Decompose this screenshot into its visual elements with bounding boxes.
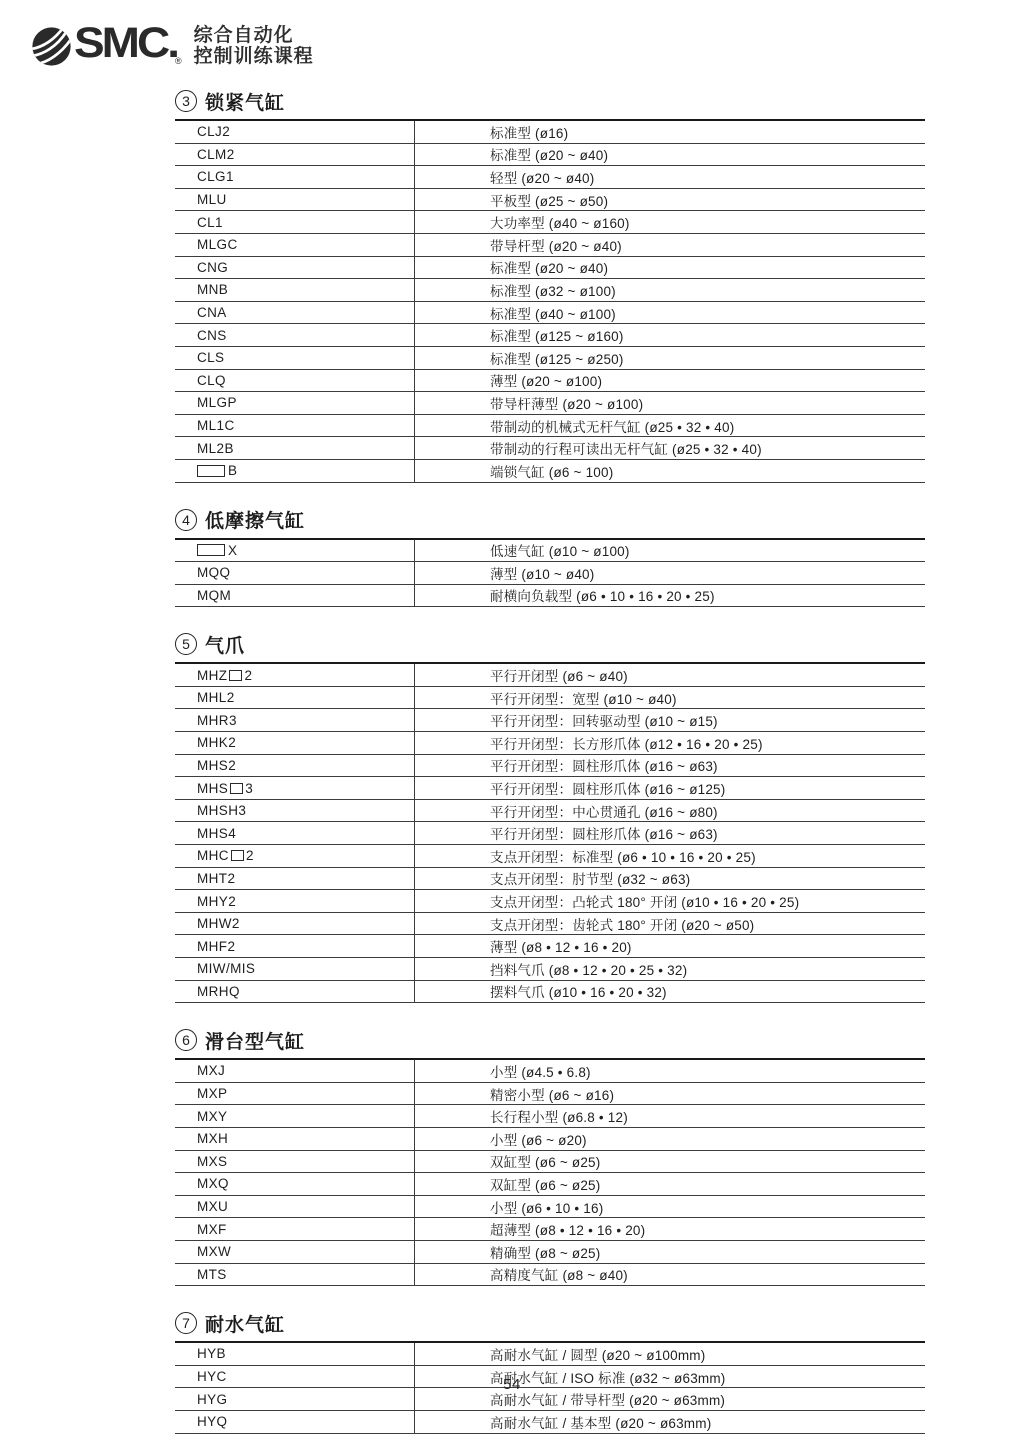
model-code-cell: MHC2 [175, 845, 415, 867]
model-table: X 低速气缸 (ø10 ~ ø100) MQQ 薄型 (ø10 ~ ø40) M… [175, 538, 925, 608]
model-description-cell: 平行开闭型 (ø6 ~ ø40) [415, 664, 925, 686]
table-row: ML1C 带制动的机械式无杆气缸 (ø25 • 32 • 40) [175, 415, 925, 438]
model-code-cell: MQQ [175, 562, 415, 584]
model-description-cell: 平板型 (ø25 ~ ø50) [415, 189, 925, 211]
catalog-section: 7 耐水气缸 HYB 高耐水气缸 / 圆型 (ø20 ~ ø100mm) HYC… [175, 1310, 925, 1433]
model-description-cell: 支点开闭型：凸轮式 180° 开闭 (ø10 • 16 • 20 • 25) [415, 890, 925, 912]
table-row: HYB 高耐水气缸 / 圆型 (ø20 ~ ø100mm) [175, 1343, 925, 1366]
section-title: 滑台型气缸 [205, 1027, 305, 1054]
model-code-cell: MHR3 [175, 709, 415, 731]
table-row: MXJ 小型 (ø4.5 • 6.8) [175, 1060, 925, 1083]
model-code-cell: MHT2 [175, 868, 415, 890]
model-code-cell: MXY [175, 1105, 415, 1127]
blank-model-box [197, 465, 225, 477]
model-description-cell: 带制动的机械式无杆气缸 (ø25 • 32 • 40) [415, 415, 925, 437]
table-row: MLU 平板型 (ø25 ~ ø50) [175, 189, 925, 212]
section-title: 气爪 [205, 631, 245, 658]
model-description-cell: 平行开闭型：圆柱形爪体 (ø16 ~ ø125) [415, 777, 925, 799]
table-row: MHL2 平行开闭型：宽型 (ø10 ~ ø40) [175, 687, 925, 710]
model-description-cell: 小型 (ø6 ~ ø20) [415, 1128, 925, 1150]
table-row: MQQ 薄型 (ø10 ~ ø40) [175, 562, 925, 585]
catalog-sections: 3 锁紧气缸 CLJ2 标准型 (ø16) CLM2 标准型 (ø20 ~ ø4… [175, 0, 925, 1434]
model-code-cell: MLGP [175, 392, 415, 414]
model-code-cell: MXU [175, 1196, 415, 1218]
table-row: CLJ2 标准型 (ø16) [175, 121, 925, 144]
model-description-cell: 标准型 (ø125 ~ ø160) [415, 324, 925, 346]
model-description-cell: 双缸型 (ø6 ~ ø25) [415, 1173, 925, 1195]
model-code-cell: MHS2 [175, 755, 415, 777]
catalog-section: 5 气爪 MHZ2 平行开闭型 (ø6 ~ ø40) MHL2 平行开闭型：宽型… [175, 631, 925, 1003]
smc-globe-icon [31, 26, 72, 67]
table-row: CNA 标准型 (ø40 ~ ø100) [175, 302, 925, 325]
table-row: MXW 精确型 (ø8 ~ ø25) [175, 1241, 925, 1264]
model-description-cell: 高耐水气缸 / 圆型 (ø20 ~ ø100mm) [415, 1343, 925, 1365]
table-row: MHC2 支点开闭型：标准型 (ø6 • 10 • 16 • 20 • 25) [175, 845, 925, 868]
model-code-cell: MHZ2 [175, 664, 415, 686]
model-description-cell: 标准型 (ø125 ~ ø250) [415, 347, 925, 369]
model-description-cell: 标准型 (ø20 ~ ø40) [415, 144, 925, 166]
model-description-cell: 支点开闭型：标准型 (ø6 • 10 • 16 • 20 • 25) [415, 845, 925, 867]
table-row: MXF 超薄型 (ø8 • 12 • 16 • 20) [175, 1218, 925, 1241]
table-row: MXQ 双缸型 (ø6 ~ ø25) [175, 1173, 925, 1196]
model-code-cell: MHL2 [175, 687, 415, 709]
model-description-cell: 平行开闭型：中心贯通孔 (ø16 ~ ø80) [415, 800, 925, 822]
section-number-icon: 6 [175, 1029, 197, 1051]
section-header: 3 锁紧气缸 [175, 88, 925, 114]
table-row: MHY2 支点开闭型：凸轮式 180° 开闭 (ø10 • 16 • 20 • … [175, 890, 925, 913]
table-row: CNS 标准型 (ø125 ~ ø160) [175, 324, 925, 347]
model-description-cell: 薄型 (ø8 • 12 • 16 • 20) [415, 935, 925, 957]
model-code-cell: MHS4 [175, 822, 415, 844]
table-row: HYQ 高耐水气缸 / 基本型 (ø20 ~ ø63mm) [175, 1411, 925, 1434]
model-code-cell: MXW [175, 1241, 415, 1263]
table-row: MLGP 带导杆薄型 (ø20 ~ ø100) [175, 392, 925, 415]
model-code-cell: MLU [175, 189, 415, 211]
model-code-cell: MIW/MIS [175, 958, 415, 980]
section-title: 锁紧气缸 [205, 88, 285, 115]
model-description-cell: 高精度气缸 (ø8 ~ ø40) [415, 1264, 925, 1286]
model-description-cell: 平行开闭型：长方形爪体 (ø12 • 16 • 20 • 25) [415, 732, 925, 754]
model-code-cell: MLGC [175, 234, 415, 256]
model-description-cell: 轻型 (ø20 ~ ø40) [415, 166, 925, 188]
model-description-cell: 带导杆薄型 (ø20 ~ ø100) [415, 392, 925, 414]
model-description-cell: 支点开闭型：齿轮式 180° 开闭 (ø20 ~ ø50) [415, 913, 925, 935]
blank-model-box [230, 783, 243, 794]
blank-model-box [231, 850, 244, 861]
table-row: MHSH3 平行开闭型：中心贯通孔 (ø16 ~ ø80) [175, 800, 925, 823]
model-description-cell: 端锁气缸 (ø6 ~ 100) [415, 460, 925, 482]
model-description-cell: 标准型 (ø20 ~ ø40) [415, 257, 925, 279]
section-header: 4 低摩擦气缸 [175, 507, 925, 533]
model-code-cell: X [175, 540, 415, 562]
model-code-cell: CL1 [175, 211, 415, 233]
section-title: 低摩擦气缸 [205, 506, 305, 533]
table-row: CLG1 轻型 (ø20 ~ ø40) [175, 166, 925, 189]
section-header: 7 耐水气缸 [175, 1310, 925, 1336]
table-row: CL1 大功率型 (ø40 ~ ø160) [175, 211, 925, 234]
blank-model-box [229, 670, 242, 681]
table-row: MQM 耐横向负载型 (ø6 • 10 • 16 • 20 • 25) [175, 585, 925, 608]
model-description-cell: 平行开闭型：宽型 (ø10 ~ ø40) [415, 687, 925, 709]
table-row: MTS 高精度气缸 (ø8 ~ ø40) [175, 1264, 925, 1287]
model-description-cell: 薄型 (ø10 ~ ø40) [415, 562, 925, 584]
model-code-cell: MQM [175, 585, 415, 607]
catalog-section: 4 低摩擦气缸 X 低速气缸 (ø10 ~ ø100) MQQ 薄型 (ø10 … [175, 507, 925, 608]
section-number-icon: 7 [175, 1312, 197, 1334]
table-row: CLS 标准型 (ø125 ~ ø250) [175, 347, 925, 370]
section-number-icon: 4 [175, 509, 197, 531]
model-description-cell: 低速气缸 (ø10 ~ ø100) [415, 540, 925, 562]
table-row: MHS2 平行开闭型：圆柱形爪体 (ø16 ~ ø63) [175, 755, 925, 778]
model-code-cell: CLM2 [175, 144, 415, 166]
model-description-cell: 长行程小型 (ø6.8 • 12) [415, 1105, 925, 1127]
model-code-cell: MXP [175, 1083, 415, 1105]
model-description-cell: 带导杆型 (ø20 ~ ø40) [415, 234, 925, 256]
model-description-cell: 高耐水气缸 / 基本型 (ø20 ~ ø63mm) [415, 1411, 925, 1433]
model-description-cell: 摆料气爪 (ø10 • 16 • 20 • 32) [415, 981, 925, 1003]
catalog-section: 3 锁紧气缸 CLJ2 标准型 (ø16) CLM2 标准型 (ø20 ~ ø4… [175, 88, 925, 483]
model-code-cell: MXQ [175, 1173, 415, 1195]
model-description-cell: 双缸型 (ø6 ~ ø25) [415, 1151, 925, 1173]
model-code-cell: CNG [175, 257, 415, 279]
model-code-cell: CNS [175, 324, 415, 346]
model-code-cell: MRHQ [175, 981, 415, 1003]
table-row: MXP 精密小型 (ø6 ~ ø16) [175, 1083, 925, 1106]
table-row: MHR3 平行开闭型：回转驱动型 (ø10 ~ ø15) [175, 709, 925, 732]
model-description-cell: 耐横向负载型 (ø6 • 10 • 16 • 20 • 25) [415, 585, 925, 607]
table-row: MHZ2 平行开闭型 (ø6 ~ ø40) [175, 664, 925, 687]
model-code-cell: MHK2 [175, 732, 415, 754]
model-description-cell: 标准型 (ø16) [415, 121, 925, 143]
catalog-section: 6 滑台型气缸 MXJ 小型 (ø4.5 • 6.8) MXP 精密小型 (ø6… [175, 1027, 925, 1286]
model-description-cell: 精密小型 (ø6 ~ ø16) [415, 1083, 925, 1105]
table-row: MHS4 平行开闭型：圆柱形爪体 (ø16 ~ ø63) [175, 822, 925, 845]
model-code-cell: B [175, 460, 415, 482]
section-title: 耐水气缸 [205, 1310, 285, 1337]
page-number: 54 [0, 1376, 1024, 1393]
model-code-cell: MNB [175, 279, 415, 301]
model-description-cell: 精确型 (ø8 ~ ø25) [415, 1241, 925, 1263]
model-code-cell: MXH [175, 1128, 415, 1150]
model-table: CLJ2 标准型 (ø16) CLM2 标准型 (ø20 ~ ø40) CLG1… [175, 119, 925, 483]
model-code-cell: MHW2 [175, 913, 415, 935]
table-row: MHK2 平行开闭型：长方形爪体 (ø12 • 16 • 20 • 25) [175, 732, 925, 755]
model-description-cell: 薄型 (ø20 ~ ø100) [415, 370, 925, 392]
table-row: MRHQ 摆料气爪 (ø10 • 16 • 20 • 32) [175, 981, 925, 1004]
model-code-cell: ML1C [175, 415, 415, 437]
model-description-cell: 大功率型 (ø40 ~ ø160) [415, 211, 925, 233]
section-header: 6 滑台型气缸 [175, 1027, 925, 1053]
table-row: MXH 小型 (ø6 ~ ø20) [175, 1128, 925, 1151]
model-description-cell: 标准型 (ø40 ~ ø100) [415, 302, 925, 324]
model-code-cell: MXF [175, 1218, 415, 1240]
catalog-page: SMC. ® 综合自动化 控制训练课程 3 锁紧气缸 CLJ2 标准型 (ø16… [0, 0, 1024, 1449]
table-row: B 端锁气缸 (ø6 ~ 100) [175, 460, 925, 483]
model-code-cell: CLS [175, 347, 415, 369]
model-code-cell: MXJ [175, 1060, 415, 1082]
table-row: MHS3 平行开闭型：圆柱形爪体 (ø16 ~ ø125) [175, 777, 925, 800]
model-description-cell: 支点开闭型：肘节型 (ø32 ~ ø63) [415, 868, 925, 890]
model-description-cell: 标准型 (ø32 ~ ø100) [415, 279, 925, 301]
model-code-cell: HYQ [175, 1411, 415, 1433]
table-row: X 低速气缸 (ø10 ~ ø100) [175, 540, 925, 563]
model-description-cell: 平行开闭型：圆柱形爪体 (ø16 ~ ø63) [415, 755, 925, 777]
table-row: MXS 双缸型 (ø6 ~ ø25) [175, 1151, 925, 1174]
table-row: MIW/MIS 挡料气爪 (ø8 • 12 • 20 • 25 • 32) [175, 958, 925, 981]
model-code-cell: MHY2 [175, 890, 415, 912]
section-number-icon: 3 [175, 90, 197, 112]
smc-logo-text: SMC. [74, 24, 177, 62]
model-code-cell: CLJ2 [175, 121, 415, 143]
model-description-cell: 挡料气爪 (ø8 • 12 • 20 • 25 • 32) [415, 958, 925, 980]
table-row: MXU 小型 (ø6 • 10 • 16) [175, 1196, 925, 1219]
table-row: CNG 标准型 (ø20 ~ ø40) [175, 257, 925, 280]
model-code-cell: CLG1 [175, 166, 415, 188]
table-row: CLQ 薄型 (ø20 ~ ø100) [175, 370, 925, 393]
model-code-cell: CNA [175, 302, 415, 324]
model-code-cell: ML2B [175, 437, 415, 459]
section-header: 5 气爪 [175, 631, 925, 657]
model-description-cell: 平行开闭型：回转驱动型 (ø10 ~ ø15) [415, 709, 925, 731]
section-number-icon: 5 [175, 633, 197, 655]
table-row: MLGC 带导杆型 (ø20 ~ ø40) [175, 234, 925, 257]
model-table: MHZ2 平行开闭型 (ø6 ~ ø40) MHL2 平行开闭型：宽型 (ø10… [175, 662, 925, 1003]
model-code-cell: CLQ [175, 370, 415, 392]
model-code-cell: MHF2 [175, 935, 415, 957]
table-row: MHW2 支点开闭型：齿轮式 180° 开闭 (ø20 ~ ø50) [175, 913, 925, 936]
blank-model-box [197, 544, 225, 556]
table-row: MXY 长行程小型 (ø6.8 • 12) [175, 1105, 925, 1128]
table-row: MNB 标准型 (ø32 ~ ø100) [175, 279, 925, 302]
model-code-cell: MTS [175, 1264, 415, 1286]
model-code-cell: MXS [175, 1151, 415, 1173]
model-description-cell: 平行开闭型：圆柱形爪体 (ø16 ~ ø63) [415, 822, 925, 844]
model-code-cell: MHS3 [175, 777, 415, 799]
model-description-cell: 超薄型 (ø8 • 12 • 16 • 20) [415, 1218, 925, 1240]
model-description-cell: 带制动的行程可读出无杆气缸 (ø25 • 32 • 40) [415, 437, 925, 459]
model-code-cell: MHSH3 [175, 800, 415, 822]
table-row: ML2B 带制动的行程可读出无杆气缸 (ø25 • 32 • 40) [175, 437, 925, 460]
model-description-cell: 小型 (ø4.5 • 6.8) [415, 1060, 925, 1082]
model-description-cell: 小型 (ø6 • 10 • 16) [415, 1196, 925, 1218]
model-table: MXJ 小型 (ø4.5 • 6.8) MXP 精密小型 (ø6 ~ ø16) … [175, 1058, 925, 1286]
model-code-cell: HYB [175, 1343, 415, 1365]
table-row: CLM2 标准型 (ø20 ~ ø40) [175, 144, 925, 167]
table-row: MHT2 支点开闭型：肘节型 (ø32 ~ ø63) [175, 868, 925, 891]
table-row: MHF2 薄型 (ø8 • 12 • 16 • 20) [175, 935, 925, 958]
